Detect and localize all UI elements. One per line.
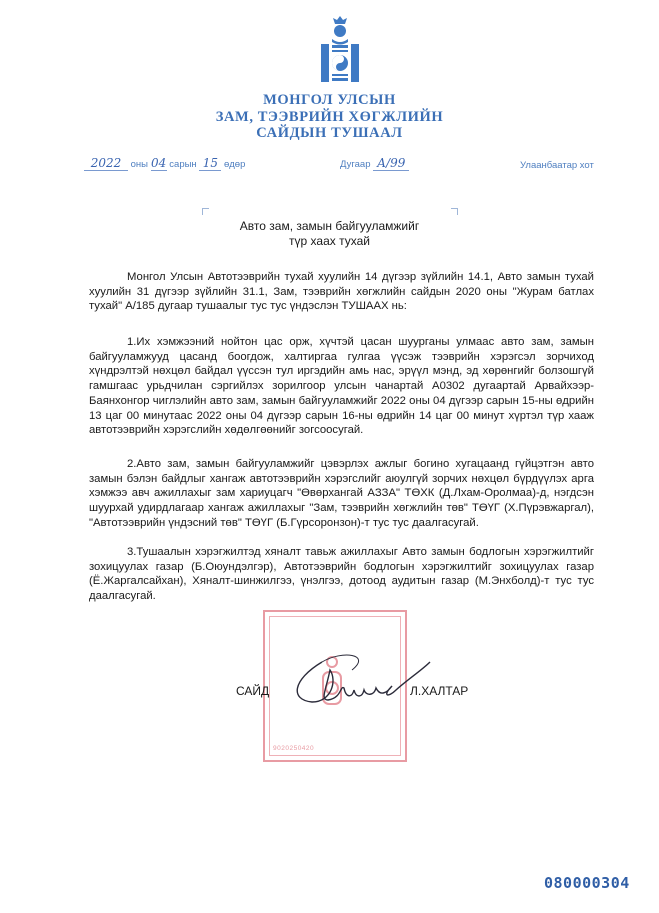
signer-name: Л.ХАЛТАР [410,684,468,698]
header-line-3: САЙДЫН ТУШААЛ [0,125,659,142]
document-title: Авто зам, замын байгууламжийг түр хаах т… [0,219,659,249]
city: Улаанбаатар хот [520,160,594,171]
date-day: 15 [199,156,221,171]
signer-title: САЙД [236,684,269,698]
stamp-number: 9020250420 [273,745,314,752]
signature-icon [282,640,432,720]
soyombo-emblem-icon [316,14,364,86]
ministry-title: МОНГОЛ УЛСЫН ЗАМ, ТЭЭВРИЙН ХӨГЖЛИЙН САЙД… [0,92,659,142]
month-label: сарын [169,159,196,170]
number-label: Дугаар [340,159,371,170]
title-line-1: Авто зам, замын байгууламжийг [0,219,659,234]
header-line-2: ЗАМ, ТЭЭВРИЙН ХӨГЖЛИЙН [0,109,659,126]
date-year: 2022 [84,156,128,171]
title-corner-right [451,208,458,215]
year-label: оны [131,159,148,170]
number-value: А/99 [373,156,409,171]
item-3: 3.Тушаалын хэрэгжилтэд хяналт тавьж ажил… [89,545,594,604]
item-2-text: 2.Авто зам, замын байгууламжийг цэвэрлэх… [89,457,594,531]
order-number: Дугаар А/99 [340,156,409,171]
title-corner-left [202,208,209,215]
day-label: өдөр [224,159,245,170]
item-1: 1.Их хэмжээний нойтон цас орж, хүчтэй ца… [89,335,594,438]
date-month: 04 [151,156,167,171]
preamble-text: Монгол Улсын Автотээврийн тухай хуулийн … [89,270,594,314]
header-line-1: МОНГОЛ УЛСЫН [0,92,659,109]
preamble: Монгол Улсын Автотээврийн тухай хуулийн … [89,270,594,314]
title-line-2: түр хаах тухай [0,234,659,249]
serial-number: 080000304 [544,874,630,892]
item-2: 2.Авто зам, замын байгууламжийг цэвэрлэх… [89,457,594,531]
item-3-text: 3.Тушаалын хэрэгжилтэд хяналт тавьж ажил… [89,545,594,604]
item-1-text: 1.Их хэмжээний нойтон цас орж, хүчтэй ца… [89,335,594,438]
order-date: 2022 оны 04 сарын 15 өдөр [84,156,245,171]
